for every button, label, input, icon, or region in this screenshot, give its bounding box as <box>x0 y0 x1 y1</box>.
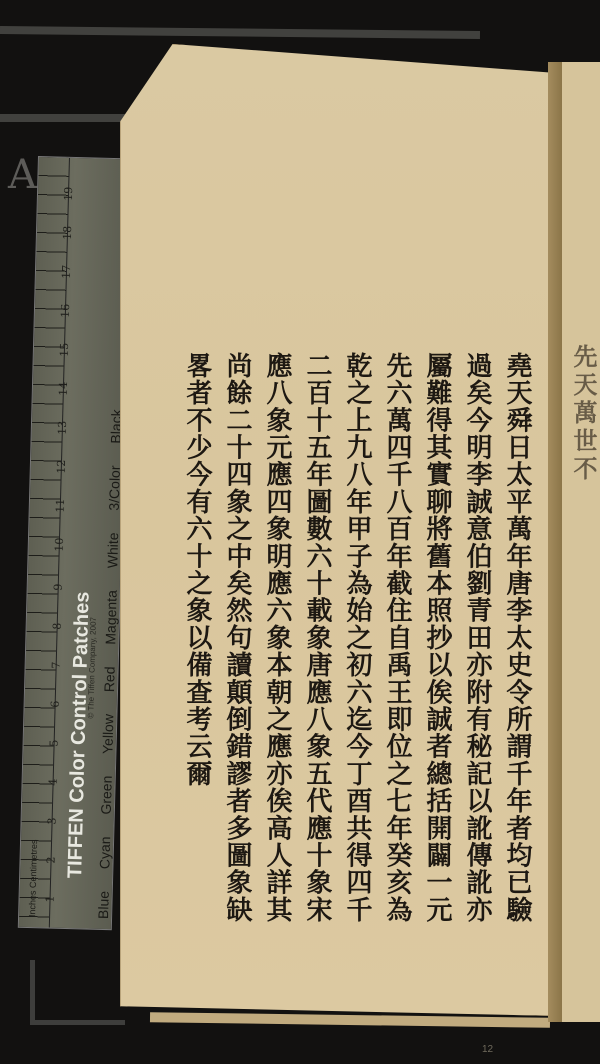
book-gutter <box>548 62 562 1022</box>
cm-label: 9 <box>52 584 65 591</box>
cm-label: 8 <box>51 622 64 629</box>
cm-label: 2 <box>44 856 57 863</box>
cm-label: 16 <box>59 304 72 318</box>
color-calibration-ruler: 1 2 3 4 5 6 7 8 9 10 11 12 13 14 15 16 1… <box>18 156 132 930</box>
page-edge <box>150 1012 550 1028</box>
right-page-text: 先天萬世不 <box>566 344 600 484</box>
text-column: 先六萬四千八百年截住自禹王即位之七年癸亥為 <box>380 352 414 923</box>
cm-label: 19 <box>62 187 75 201</box>
text-column: 屬難得其實聊將舊本照抄以俟誠者總括開闢一元 <box>420 352 454 923</box>
ruler-units: Inches Centimetres <box>27 839 39 917</box>
text-column: 應八象元應四象明應六象本朝之應亦俟高人詳其 <box>260 352 294 923</box>
cm-label: 18 <box>61 226 74 240</box>
ruler-color-labels: Blue Cyan Green Yellow Red Magenta White… <box>95 409 124 919</box>
text-column: 過矣今明李誠意伯劉青田亦附有秘記以訛傳訛亦 <box>460 352 494 923</box>
cm-label: 5 <box>48 739 61 746</box>
cm-label: 3 <box>46 817 59 824</box>
background-letter: A <box>8 152 37 198</box>
vertical-text-block: 堯天舜日太平萬年唐李太史令所謂千年者均已驗 過矣今明李誠意伯劉青田亦附有秘記以訛… <box>180 352 534 923</box>
cm-label: 12 <box>55 460 68 474</box>
cm-label: 6 <box>49 700 62 707</box>
text-column: 尚餘二十四象之中矣然句讀顛倒錯謬者多圖象缺 <box>220 352 254 923</box>
cm-label: 4 <box>47 778 60 785</box>
page-marker: 12 <box>482 1044 493 1055</box>
cm-label: 7 <box>50 661 63 668</box>
background-frame <box>30 960 125 1025</box>
text-column: 堯天舜日太平萬年唐李太史令所謂千年者均已驗 <box>500 352 534 923</box>
background-stripe <box>0 26 480 39</box>
right-page <box>562 62 600 1022</box>
cm-label: 14 <box>57 382 70 396</box>
text-column: 二百十五年圖數六十載象唐應八象五代應十象宋 <box>300 352 334 923</box>
text-column: 乾之上九八年甲子為始之初六迄今丁酉共得四千 <box>340 352 374 923</box>
cm-label: 17 <box>60 265 73 279</box>
ruler-copyright: © The Tiffen Company, 2007 <box>86 617 98 719</box>
cm-label: 10 <box>53 538 66 552</box>
cm-label: 11 <box>54 499 67 513</box>
cm-label: 1 <box>43 895 56 902</box>
cm-label: 13 <box>56 421 69 435</box>
cm-label: 15 <box>58 343 71 357</box>
text-column: 畧者不少今有六十之象以備查考云爾 <box>180 352 214 923</box>
